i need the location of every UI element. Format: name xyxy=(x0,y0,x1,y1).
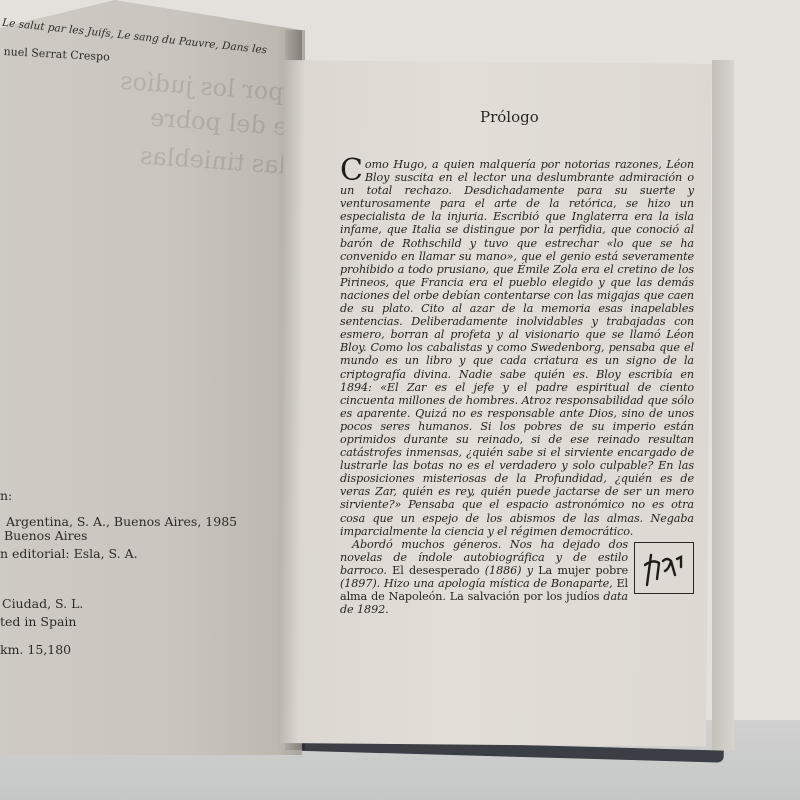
paragraph-2-text: (1886) y xyxy=(479,564,538,577)
imprint-address: km. 15,180 xyxy=(0,642,71,657)
right-page-fore-edge xyxy=(712,60,734,750)
prologue-text: Como Hugo, a quien malquería por notoria… xyxy=(340,158,694,616)
imprint-city: Buenos Aires xyxy=(4,528,87,543)
imprint-edition: n editorial: Esla, S. A. xyxy=(0,546,138,561)
imprint-publisher: Argentina, S. A., Buenos Aires, 1985 xyxy=(6,514,237,529)
paragraph-2-wrap: Abordó muchos géneros. Nos ha dejado dos… xyxy=(340,538,694,617)
paragraph-2-text: (1897). Hizo una apología mística de Bon… xyxy=(340,577,616,590)
book-title-mujer-pobre: La mujer pobre xyxy=(538,564,628,577)
imprint-printed-in: ted in Spain xyxy=(0,614,76,629)
imprint-printer: Ciudad, S. L. xyxy=(2,596,83,611)
imprint-heading: n: xyxy=(0,488,12,503)
page-title: Prólogo xyxy=(480,108,539,126)
paragraph-2-text: . xyxy=(442,590,449,603)
book-title-salvacion: La salvación por los judíos xyxy=(450,590,600,603)
drop-cap: C xyxy=(340,159,363,183)
book-title-desesperado: El desesperado xyxy=(392,564,479,577)
photo-scene: : Le salut par les Juifs, Le sang du Pau… xyxy=(0,0,800,800)
paragraph-1-text: omo Hugo, a quien malquería por notorias… xyxy=(340,158,694,538)
paragraph-1: Como Hugo, a quien malquería por notoria… xyxy=(340,158,694,538)
signature-icon xyxy=(641,549,687,589)
signature-stamp xyxy=(634,542,694,594)
